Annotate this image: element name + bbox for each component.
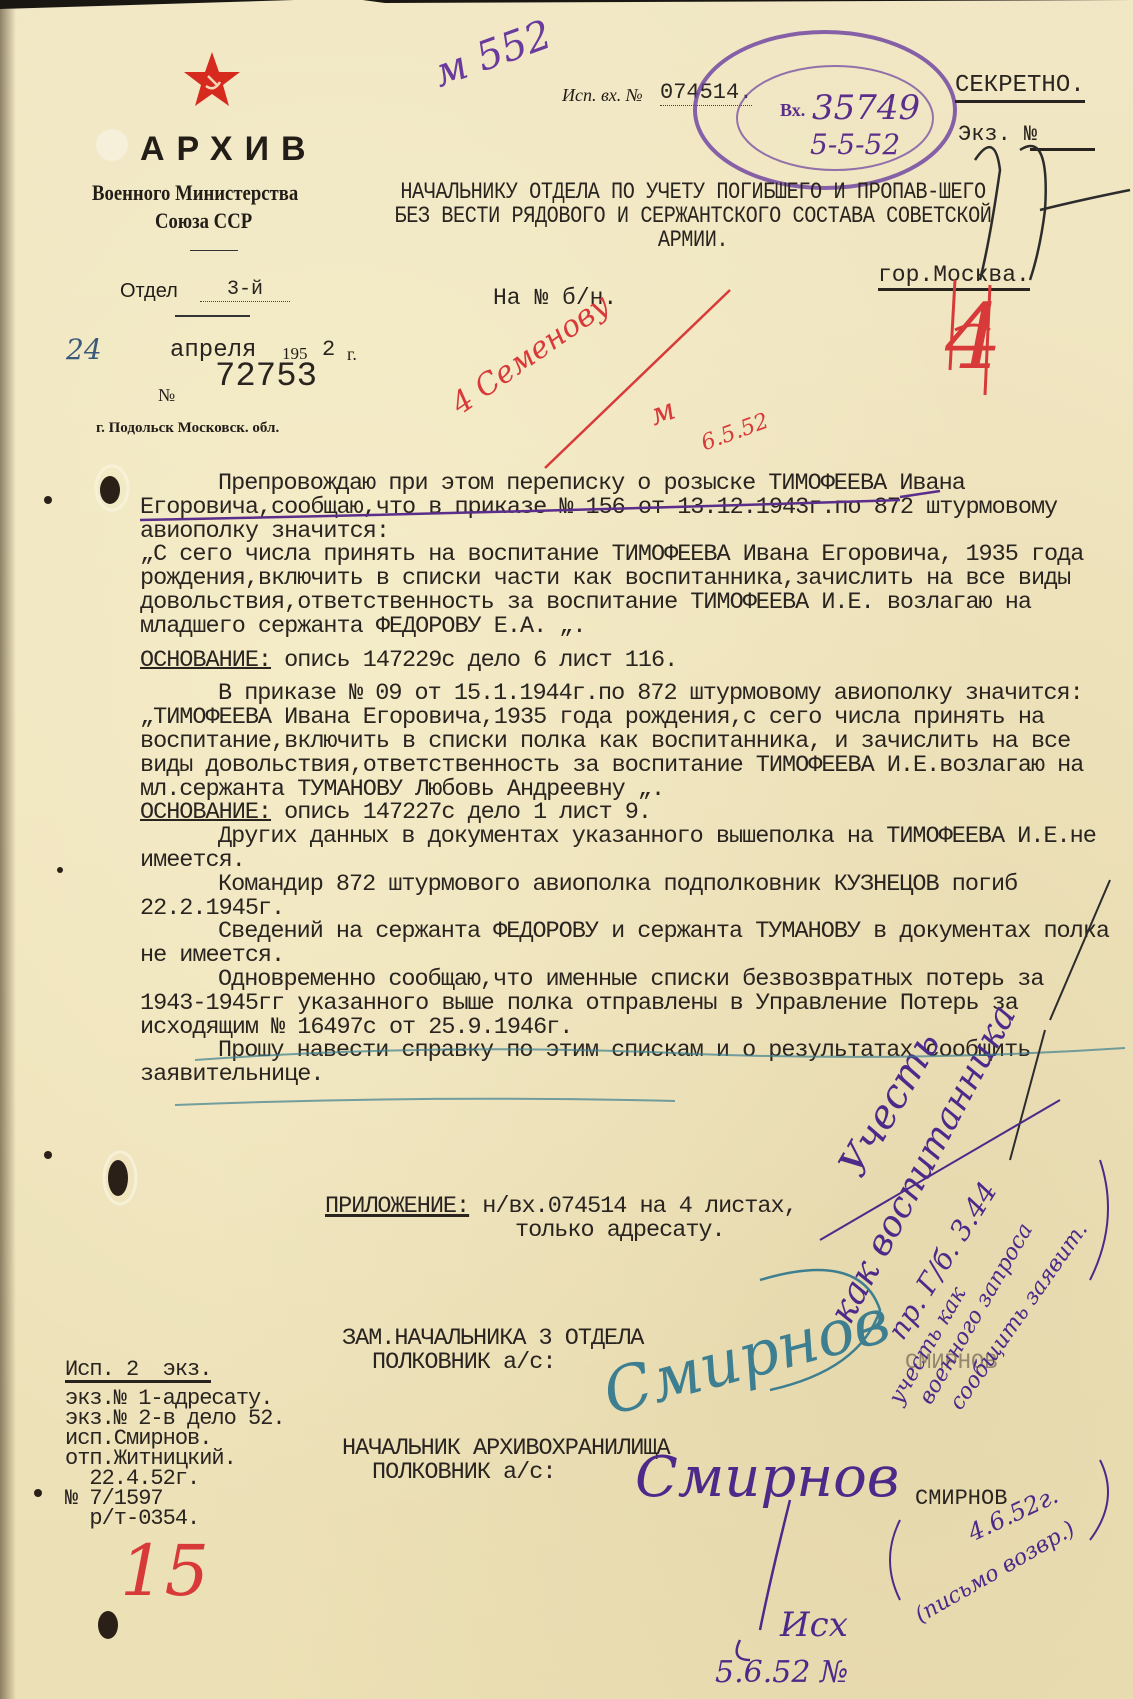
ministry-name: Военного Министерства — [92, 180, 298, 206]
annotation-outgoing-date: 5.6.52 № — [715, 1655, 848, 1690]
annotation-outgoing: Исх — [780, 1605, 848, 1645]
union-name: Союза ССР — [155, 208, 252, 234]
chief-signature-block: НАЧАЛЬНИК АРХИВОХРАНИЛИЩА ПОЛКОВНИК а/с: — [342, 1437, 670, 1485]
margin-red-mark: 15 — [120, 1530, 209, 1612]
resolution-date: 6.5.52 — [698, 409, 772, 456]
quote: „С сего числа принять на воспитание ТИМО… — [140, 543, 1115, 638]
divider — [175, 315, 250, 317]
deputy-rank: ПОЛКОВНИК а/с: — [342, 1349, 555, 1376]
copy-number-line — [1030, 148, 1095, 151]
appendix-line1: н/вх.074514 на 4 листах, — [482, 1193, 796, 1220]
red-star-icon — [182, 50, 242, 110]
archive-title: АРХИВ — [140, 130, 318, 169]
date-year-suffix: 2 — [322, 337, 335, 362]
paragraph: В приказе № 09 от 15.1.1944г.по 872 штур… — [140, 682, 1115, 706]
paragraph: Других данных в документах указанного вы… — [140, 825, 1115, 873]
department-label: Отдел — [120, 280, 178, 303]
stamp-in-date: 5-5-52 — [810, 128, 900, 161]
appendix-line2: только адресату. — [325, 1217, 725, 1244]
letter-body: Препровождаю при этом переписку о розыск… — [140, 472, 1115, 1087]
appendix: ПРИЛОЖЕНИЕ: н/вх.074514 на 4 листах, тол… — [325, 1195, 797, 1243]
resolution-initials: м — [645, 392, 680, 433]
divider — [190, 250, 238, 251]
handwritten-mark: м 552 — [427, 12, 558, 97]
classification-label: СЕКРЕТНО. — [955, 72, 1085, 103]
document-page: АРХИВ Военного Министерства Союза ССР От… — [0, 0, 1133, 1699]
archive-city: г. Подольск Московск. обл. — [96, 420, 279, 437]
date-year-unit: г. — [347, 344, 357, 365]
paragraph: Препровождаю при этом переписку о розыск… — [140, 472, 1115, 543]
distribution-line: р/т-0354. — [65, 1506, 199, 1531]
basis-label: ОСНОВАНИЕ: — [140, 647, 271, 674]
distribution-list: Исп. 2 экз. экз.№ 1-адресату. экз.№ 2-в … — [65, 1360, 285, 1529]
appendix-label: ПРИЛОЖЕНИЕ: — [325, 1193, 469, 1220]
copy-label: Экз. № — [958, 122, 1037, 147]
chief-title: НАЧАЛЬНИК АРХИВОХРАНИЛИЩА — [342, 1435, 670, 1462]
stamp-in-label: Вх. — [780, 100, 805, 121]
chief-handwritten-signature: Смирнов — [635, 1445, 899, 1510]
quote: „ТИМОФЕЕВА Ивана Егоровича,1935 года рож… — [140, 706, 1115, 801]
date-day: 24 — [66, 333, 102, 366]
basis-text: опись 147229с дело 6 лист 116. — [271, 647, 677, 674]
outgoing-number: 72753 — [215, 358, 317, 396]
distribution-header: Исп. 2 экз. — [65, 1360, 211, 1383]
stamp-in-number: 35749 — [812, 88, 920, 128]
department-value: 3-й — [200, 278, 290, 302]
resolution-number: 4 — [945, 285, 1002, 390]
paragraph: Одновременно сообщаю,что именные списки … — [140, 968, 1115, 1039]
number-label: № — [158, 385, 175, 406]
paragraph: Сведений на сержанта ФЕДОРОВУ и сержанта… — [140, 920, 1115, 968]
deputy-title: ЗАМ.НАЧАЛЬНИКА 3 ОТДЕЛА — [342, 1325, 643, 1352]
incoming-label: Исп. вх. № — [562, 85, 643, 106]
chief-rank: ПОЛКОВНИК а/с: — [342, 1459, 555, 1486]
paragraph: Командир 872 штурмового авиополка подпол… — [140, 873, 1115, 921]
addressee: НАЧАЛЬНИКУ ОТДЕЛА ПО УЧЕТУ ПОГИБШЕГО И П… — [385, 180, 1001, 252]
